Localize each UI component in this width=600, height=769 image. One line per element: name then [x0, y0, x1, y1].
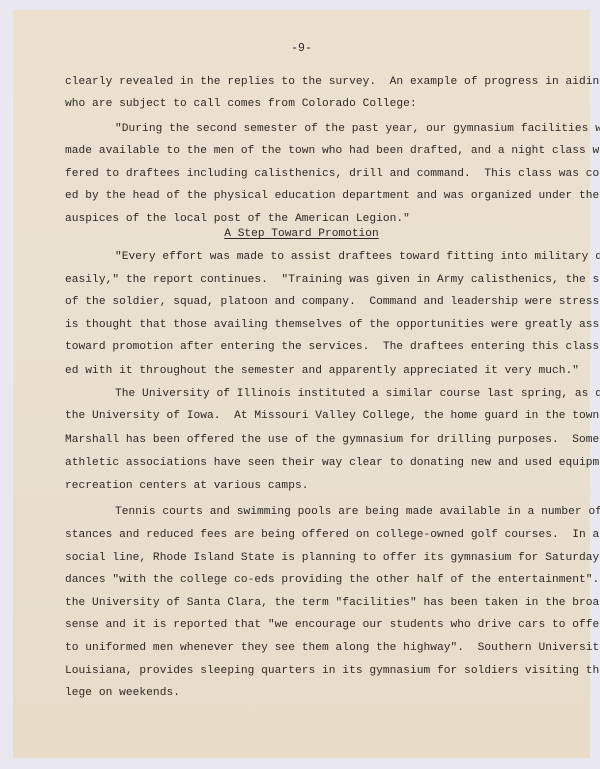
text-line: recreation centers at various camps. [65, 480, 309, 492]
page-number: -9- [13, 42, 590, 55]
section-heading-text: A Step Toward Promotion [224, 228, 378, 240]
text-line: dances "with the college co-eds providin… [65, 574, 600, 586]
text-line: ed with it throughout the semester and a… [65, 365, 579, 377]
text-line: "During the second semester of the past … [115, 123, 600, 135]
text-line: ed by the head of the physical education… [65, 190, 599, 202]
text-line: to uniformed men whenever they see them … [65, 642, 600, 654]
text-line: clearly revealed in the replies to the s… [65, 76, 600, 88]
text-line: auspices of the local post of the Americ… [65, 213, 410, 225]
document-page: -9- clearly revealed in the replies to t… [13, 10, 590, 758]
text-line: The University of Illinois instituted a … [115, 388, 600, 400]
text-line: the University of Iowa. At Missouri Vall… [65, 410, 600, 422]
text-line: is thought that those availing themselve… [65, 319, 600, 331]
text-line: social line, Rhode Island State is plann… [65, 552, 600, 564]
text-line: of the soldier, squad, platoon and compa… [65, 296, 600, 308]
text-line: athletic associations have seen their wa… [65, 457, 600, 469]
text-line: sense and it is reported that "we encour… [65, 619, 600, 631]
text-line: the University of Santa Clara, the term … [65, 597, 600, 609]
text-line: made available to the men of the town wh… [65, 145, 600, 157]
section-heading: A Step Toward Promotion [13, 228, 590, 240]
text-line: "Every effort was made to assist draftee… [115, 251, 600, 263]
text-line: who are subject to call comes from Color… [65, 98, 417, 110]
text-line: lege on weekends. [65, 687, 180, 699]
text-line: Tennis courts and swimming pools are bei… [115, 506, 600, 518]
text-line: fered to draftees including calisthenics… [65, 168, 600, 180]
text-line: easily," the report continues. "Training… [65, 274, 600, 286]
text-line: stances and reduced fees are being offer… [65, 529, 600, 541]
text-line: Marshall has been offered the use of the… [65, 434, 599, 446]
text-line: toward promotion after entering the serv… [65, 341, 600, 353]
text-line: Louisiana, provides sleeping quarters in… [65, 665, 600, 677]
